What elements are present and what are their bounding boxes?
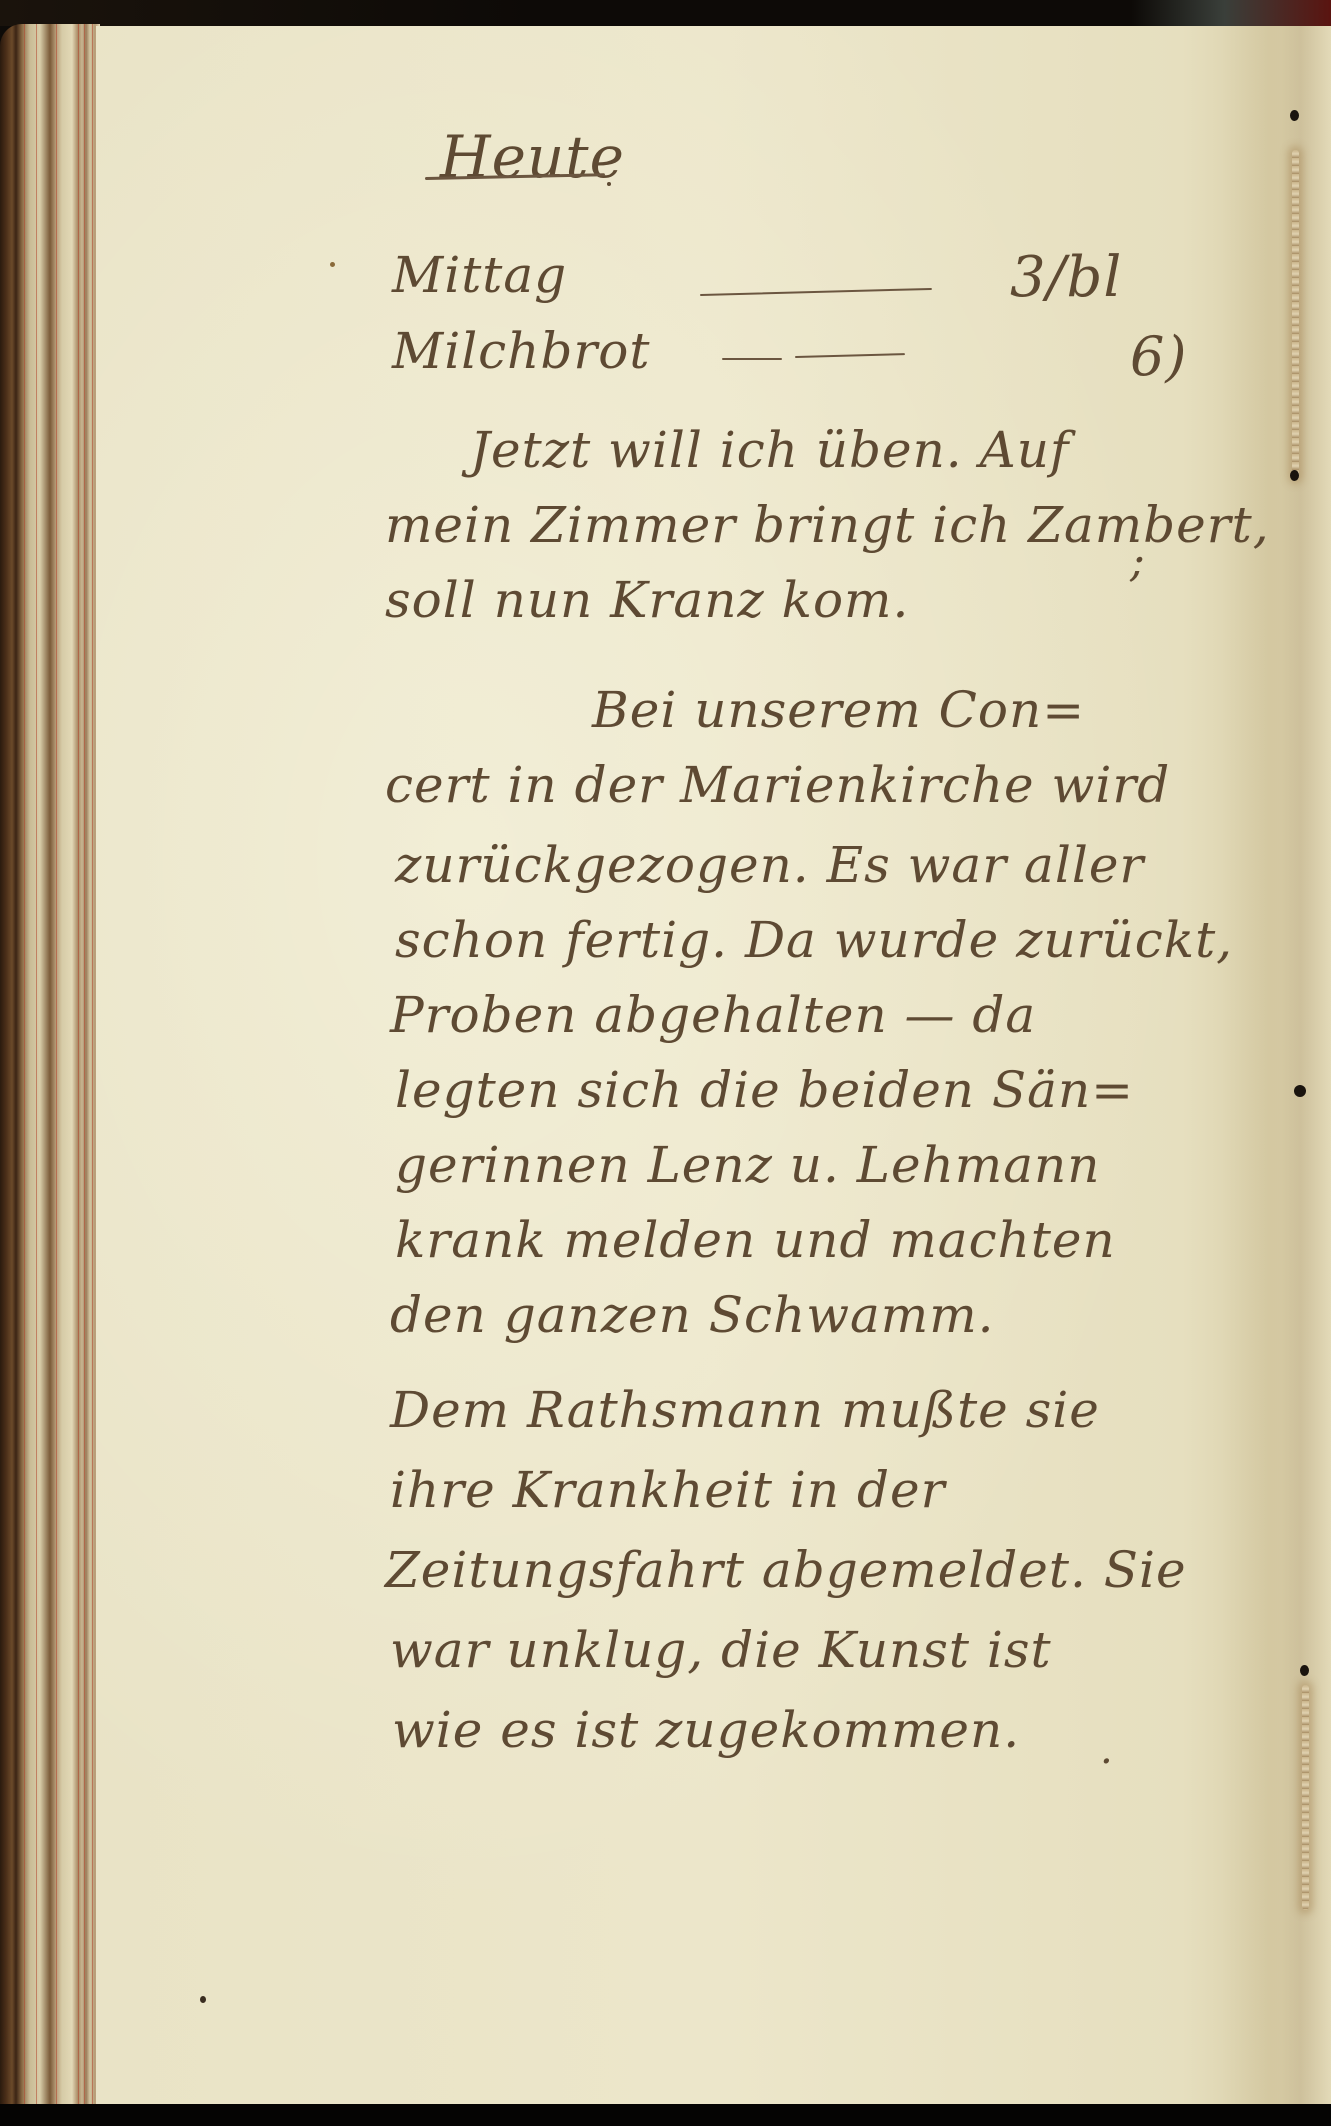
entry-dash: [722, 358, 782, 360]
body-line: Proben abgehalten — da: [390, 990, 1036, 1040]
body-line: wie es ist zugekommen.: [392, 1705, 1020, 1755]
title-period: [607, 182, 611, 186]
body-line: Bei unserem Con=: [592, 685, 1085, 735]
entry-label-milchbrot: Milchbrot: [392, 326, 651, 376]
body-line: krank melden und machten: [395, 1215, 1116, 1265]
body-line: ihre Krankheit in der: [390, 1465, 946, 1515]
body-line: gerinnen Lenz u. Lehmann: [395, 1140, 1100, 1190]
body-line: Zeitungsfahrt abgemeldet. Sie: [385, 1545, 1187, 1595]
paper-speck: [330, 262, 335, 267]
margin-mark: .: [1100, 1730, 1114, 1770]
body-line: schon fertig. Da wurde zurückt,: [395, 915, 1233, 965]
binding-thread: [1292, 150, 1299, 480]
entry-value-milchbrot: 6): [1130, 330, 1187, 384]
binding-hole-icon: [1294, 1085, 1306, 1097]
red-edge-line: [92, 24, 93, 2106]
book-cover-bottom-edge: [0, 2104, 1331, 2126]
red-edge-line: [56, 24, 57, 2106]
body-line: cert in der Marienkirche wird: [385, 760, 1170, 810]
red-edge-line: [84, 24, 85, 2106]
binding-hole-icon: [1290, 110, 1299, 121]
page-stack-edge: [0, 24, 100, 2106]
body-line: zurückgezogen. Es war aller: [395, 840, 1144, 890]
body-line: soll nun Kranz kom.: [385, 575, 909, 625]
paper-speck: [200, 1996, 206, 2003]
binding-hole-icon: [1300, 1665, 1309, 1676]
binding-thread: [1302, 1685, 1309, 1910]
body-line: legten sich die beiden Sän=: [395, 1065, 1134, 1115]
entry-label-mittag: Mittag: [392, 250, 567, 300]
book-cover-top-edge: [0, 0, 1331, 26]
body-line: Dem Rathsmann mußte sie: [390, 1385, 1100, 1435]
body-line: war unklug, die Kunst ist: [390, 1625, 1052, 1675]
margin-mark: ;: [1130, 540, 1146, 584]
body-line: den ganzen Schwamm.: [390, 1290, 995, 1340]
entry-value-mittag: 3/bl: [1010, 250, 1122, 306]
binding-hole-icon: [1290, 470, 1299, 481]
gutter-shadow: [1221, 26, 1331, 2106]
body-line: Jetzt will ich üben. Auf: [470, 425, 1069, 475]
red-edge-line: [24, 24, 25, 2106]
red-edge-line: [36, 24, 37, 2106]
red-edge-line: [78, 24, 79, 2106]
